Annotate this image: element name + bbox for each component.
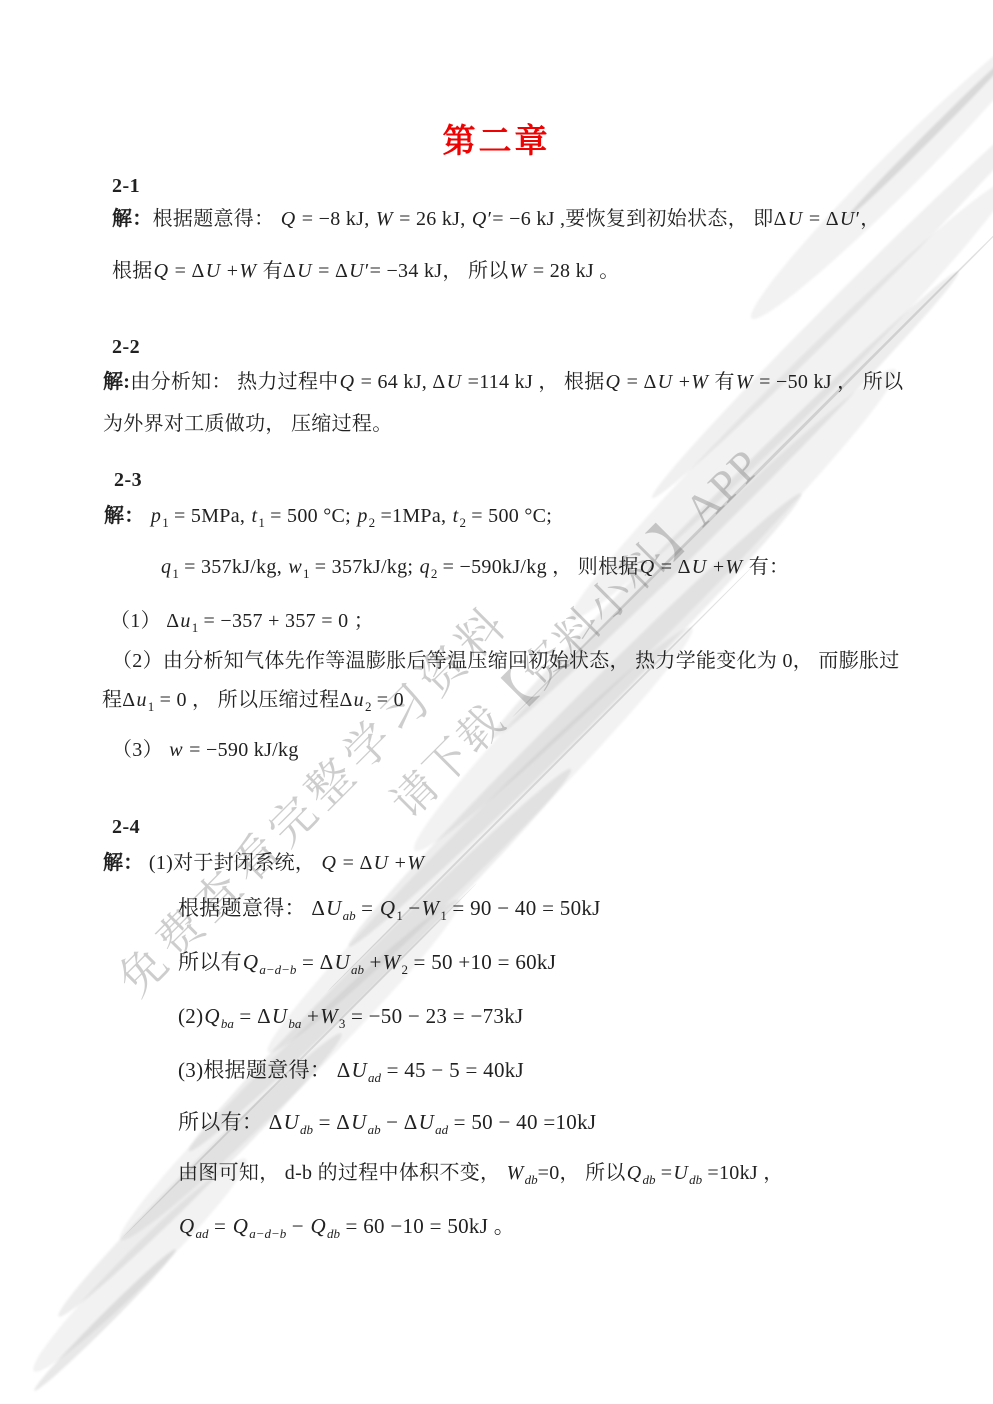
text-run: = −50 − 23 = −73kJ (345, 1004, 523, 1028)
text-run: = 90 − 40 = 50kJ (447, 896, 601, 920)
text-run: 根据题意得： Δ (178, 896, 325, 920)
math-variable: w (287, 556, 303, 578)
text-run: = (655, 1162, 672, 1184)
math-variable: W (375, 208, 394, 230)
math-variable: Q (153, 260, 170, 282)
text-run: = Δ (169, 260, 204, 282)
math-variable: Q (232, 1214, 249, 1238)
solution-label: 解： (104, 505, 145, 527)
text-run: + (389, 852, 406, 874)
solution-2-3-item-2: （2）由分析知气体先作等温膨胀后等温压缩回初始状态， 热力学能变化为 0， 而膨… (112, 650, 900, 673)
solutions-page: 免费查看完整学习资料 请下载【资料小科】APP 第二章 2-1 解：根据题意得：… (0, 0, 993, 1404)
math-variable: U (205, 260, 222, 282)
text-run: = 500 °C; (466, 505, 552, 527)
math-subscript: ab (343, 908, 356, 923)
text-run: = −50 kJ ， 所以 (754, 371, 904, 393)
text-run: (1)对于封闭系统， (144, 852, 321, 874)
math-variable: U (325, 896, 342, 920)
solution-2-3-item-3: （3） w = −590 kJ/kg (112, 739, 299, 762)
text-run: 有Δ (257, 260, 296, 282)
math-variable: Q (471, 208, 488, 230)
chapter-title: 第二章 (0, 124, 993, 160)
text-run: = 26 kJ, (394, 208, 471, 230)
text-run: + (221, 260, 238, 282)
watermark-text-2: 请下载【资料小科】APP (384, 441, 769, 826)
text-run: = 5MPa, (169, 505, 251, 527)
text-run: =0， 所以 (538, 1162, 626, 1184)
text-run: （2）由分析知气体先作等温膨胀后等温压缩回初始状态， 热力学能变化为 0， 而膨… (112, 650, 900, 672)
text-run: + (673, 371, 690, 393)
math-variable: W (319, 1004, 339, 1028)
math-subscript: a−d−b (249, 1226, 286, 1241)
math-variable: Q (339, 371, 356, 393)
background-streak (252, 612, 707, 1067)
solution-2-3-item-2-cont: 程Δu1 = 0 ， 所以压缩过程Δu2 = 0 (102, 689, 404, 712)
math-variable: Q (626, 1162, 643, 1184)
math-variable: Q (280, 208, 297, 230)
solution-2-4-eq-1: 根据题意得： ΔUab = Q1 −W1 = 90 − 40 = 50kJ (178, 896, 601, 920)
text-run: (3)根据题意得： Δ (178, 1058, 351, 1082)
math-variable: Q (379, 896, 396, 920)
solution-2-1-line-2: 根据Q = ΔU +W 有ΔU = ΔU′= −34 kJ， 所以W = 28 … (112, 260, 620, 283)
text-run: = −590 kJ/kg (184, 739, 299, 761)
background-streak (737, 7, 993, 332)
math-variable: U (373, 852, 390, 874)
text-run: = 357kJ/kg; (309, 556, 418, 578)
math-variable: W (506, 1162, 525, 1184)
math-variable: Q (242, 950, 259, 974)
math-variable: W (509, 260, 528, 282)
background-streak (327, 566, 753, 992)
text-run: = −590kJ/kg ， 则根据 (437, 556, 638, 578)
math-variable: Q (178, 1214, 195, 1238)
text-run: =10kJ ， (702, 1162, 783, 1184)
text-run: 有 (709, 371, 735, 393)
text-run: − (286, 1214, 309, 1238)
text-run: = 357kJ/kg, (179, 556, 288, 578)
solution-2-4-eq-3: (2)Qba = ΔUba +W3 = −50 − 23 = −73kJ (178, 1004, 523, 1028)
text-run: ′= −6 kJ ,要恢复到初始状态， 即Δ (488, 208, 787, 230)
math-variable: U (787, 208, 804, 230)
text-run: = Δ (655, 556, 690, 578)
problem-heading-2-3: 2-3 (114, 469, 142, 492)
math-variable: p (150, 505, 162, 527)
math-variable: q (160, 556, 172, 578)
text-run: = 500 °C; (265, 505, 356, 527)
text-run: ′= −34 kJ， 所以 (365, 260, 509, 282)
solution-2-3-line-1: 解： p1 = 5MPa, t1 = 500 °C; p2 =1MPa, t2 … (104, 505, 552, 528)
math-variable: U (283, 1110, 300, 1134)
text-run: = −8 kJ, (296, 208, 374, 230)
math-subscript: ad (368, 1070, 381, 1085)
math-variable: u (135, 689, 147, 711)
math-variable: u (179, 610, 191, 632)
text-run: 为外界对工质做功， 压缩过程。 (103, 413, 393, 435)
text-run: = 50 +10 = 60kJ (408, 950, 556, 974)
solution-2-4-line-1: 解： (1)对于封闭系统， Q = ΔU +W (103, 852, 425, 875)
math-variable: Q (309, 1214, 326, 1238)
math-variable: W (406, 852, 425, 874)
text-run: = Δ (234, 1004, 271, 1028)
math-subscript: a−d−b (259, 962, 296, 977)
solution-2-1-line-1: 解：根据题意得： Q = −8 kJ, W = 26 kJ, Q′= −6 kJ… (112, 208, 881, 231)
math-variable: q (419, 556, 431, 578)
text-run: + (301, 1004, 319, 1028)
text-run: = 28 kJ 。 (528, 260, 620, 282)
text-run: = Δ (621, 371, 656, 393)
math-variable: Q (605, 371, 622, 393)
math-variable: U (351, 1058, 368, 1082)
text-run: = Δ (337, 852, 372, 874)
math-variable: W (238, 260, 257, 282)
math-subscript: ba (221, 1016, 234, 1031)
text-run: （3） (112, 739, 168, 761)
math-variable: p (356, 505, 368, 527)
text-run: = (356, 896, 379, 920)
math-subscript: db (689, 1172, 702, 1187)
math-variable: U (657, 371, 674, 393)
math-variable: U (672, 1162, 689, 1184)
text-run: = −357 + 357 = 0 ； (198, 610, 374, 632)
text-run: （1） Δ (110, 610, 179, 632)
solution-2-2-line-2: 为外界对工质做功， 压缩过程。 (103, 413, 393, 436)
text-run: =114 kJ ， 根据 (462, 371, 604, 393)
text-run: 所以有： Δ (178, 1110, 283, 1134)
text-run: = Δ (296, 950, 333, 974)
text-run: = 64 kJ, Δ (355, 371, 445, 393)
text-run: 根据题意得： (153, 208, 280, 230)
text-run: =1MPa, (375, 505, 451, 527)
text-run: 根据 (112, 260, 153, 282)
text-run: 程Δ (102, 689, 135, 711)
solution-2-3-line-2: q1 = 357kJ/kg, w1 = 357kJ/kg; q2 = −590k… (160, 556, 789, 579)
background-streak (30, 1245, 180, 1395)
math-variable: W (735, 371, 754, 393)
math-subscript: ab (368, 1122, 381, 1137)
text-run: 所以有 (178, 950, 242, 974)
math-variable: W (382, 950, 402, 974)
math-variable: U (296, 260, 313, 282)
background-streak (338, 483, 812, 957)
math-variable: w (168, 739, 184, 761)
text-run: + (364, 950, 382, 974)
math-variable: W (690, 371, 709, 393)
problem-heading-2-1: 2-1 (112, 175, 140, 198)
math-variable: u (353, 689, 365, 711)
solution-label: 解： (103, 852, 144, 874)
text-run: = 60 −10 = 50kJ 。 (340, 1214, 515, 1238)
math-variable: U (348, 260, 365, 282)
text-run: 由图可知， d-b 的过程中体积不变， (178, 1162, 506, 1184)
text-run: = 0 (371, 689, 403, 711)
math-variable: U (446, 371, 463, 393)
math-variable: Q (321, 852, 338, 874)
math-subscript: db (525, 1172, 538, 1187)
background-streak (482, 262, 968, 748)
math-variable: U (418, 1110, 435, 1134)
math-variable: U (691, 556, 708, 578)
background-streak (396, 351, 914, 869)
math-variable: U (271, 1004, 288, 1028)
solution-label: 解: (103, 371, 130, 393)
solution-label: 解： (112, 208, 153, 230)
math-subscript: db (300, 1122, 313, 1137)
text-run: (2) (178, 1004, 203, 1028)
math-variable: W (421, 896, 441, 920)
math-variable: Q (203, 1004, 220, 1028)
text-run: = (208, 1214, 231, 1238)
math-subscript: ad (195, 1226, 208, 1241)
math-subscript: db (327, 1226, 340, 1241)
solution-2-4-eq-5: 所以有： ΔUdb = ΔUab − ΔUad = 50 − 40 =10kJ (178, 1110, 596, 1134)
text-run: 有： (743, 556, 789, 578)
text-run: = Δ (313, 1110, 350, 1134)
text-run: = 45 − 5 = 40kJ (381, 1058, 524, 1082)
text-run: − (403, 896, 421, 920)
problem-heading-2-2: 2-2 (112, 336, 140, 359)
text-run: = Δ (313, 260, 348, 282)
math-subscript: ba (288, 1016, 301, 1031)
math-variable: U (839, 208, 856, 230)
math-subscript: db (642, 1172, 655, 1187)
text-run: 由分析知： 热力过程中 (130, 371, 338, 393)
solution-2-4-line-7: 由图可知， d-b 的过程中体积不变， Wdb=0， 所以Qdb =Udb =1… (178, 1162, 784, 1185)
text-run: = 0 ， 所以压缩过程Δ (154, 689, 352, 711)
solution-2-2-line-1: 解:由分析知： 热力过程中Q = 64 kJ, ΔU =114 kJ ， 根据Q… (103, 371, 903, 394)
math-variable: U (350, 1110, 367, 1134)
background-streak (511, 221, 993, 718)
math-variable: Q (639, 556, 656, 578)
solution-2-4-eq-4: (3)根据题意得： ΔUad = 45 − 5 = 40kJ (178, 1058, 524, 1082)
math-subscript: ab (351, 962, 364, 977)
problem-heading-2-4: 2-4 (112, 816, 140, 839)
solution-2-3-item-1: （1） Δu1 = −357 + 357 = 0 ； (110, 610, 374, 633)
math-variable: W (724, 556, 743, 578)
text-run: − Δ (381, 1110, 418, 1134)
solution-2-4-eq-6: Qad = Qa−d−b − Qdb = 60 −10 = 50kJ 。 (178, 1214, 515, 1238)
solution-2-4-eq-2: 所以有Qa−d−b = ΔUab +W2 = 50 +10 = 60kJ (178, 950, 556, 974)
text-run: + (708, 556, 725, 578)
math-subscript: ad (435, 1122, 448, 1137)
math-variable: U (333, 950, 350, 974)
text-run: = Δ (804, 208, 839, 230)
text-run: = 50 − 40 =10kJ (448, 1110, 596, 1134)
text-run: ′， (856, 208, 881, 230)
